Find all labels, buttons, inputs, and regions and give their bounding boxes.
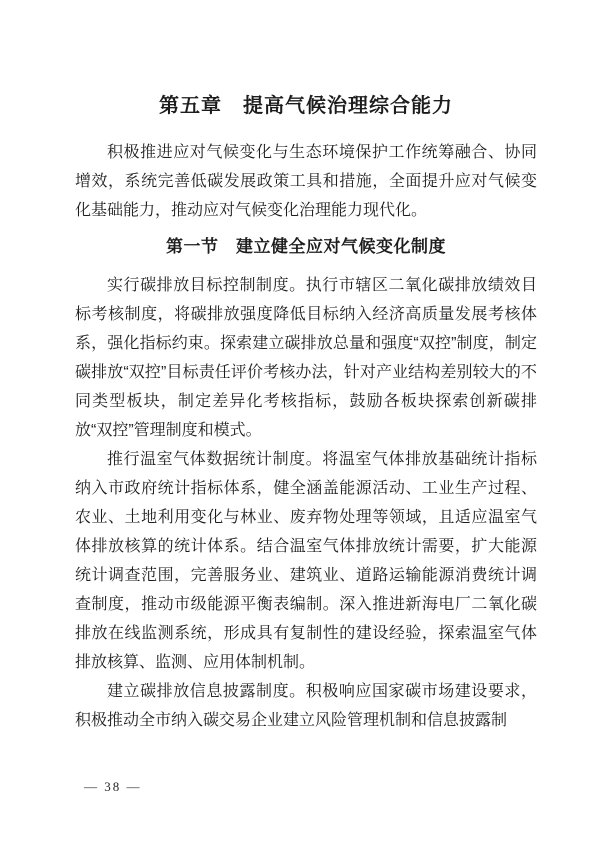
- paragraph-ghg-statistics: 推行温室气体数据统计制度。将温室气体排放基础统计指标纳入市政府统计指标体系，健全…: [75, 445, 537, 677]
- intro-paragraph: 积极推进应对气候变化与生态环境保护工作统筹融合、协同增效，系统完善低碳发展政策工…: [75, 138, 537, 225]
- paragraph-carbon-target-control: 实行碳排放目标控制制度。执行市辖区二氧化碳排放绩效目标考核制度，将碳排放强度降低…: [75, 271, 537, 445]
- page-content: 第五章 提高气候治理综合能力 积极推进应对气候变化与生态环境保护工作统筹融合、协…: [75, 92, 537, 735]
- page-number: — 38 —: [84, 779, 142, 795]
- paragraph-carbon-disclosure: 建立碳排放信息披露制度。积极响应国家碳市场建设要求，积极推动全市纳入碳交易企业建…: [75, 677, 537, 735]
- chapter-title: 第五章 提高气候治理综合能力: [75, 92, 537, 120]
- section-title: 第一节 建立健全应对气候变化制度: [75, 233, 537, 261]
- document-page: 第五章 提高气候治理综合能力 积极推进应对气候变化与生态环境保护工作统筹融合、协…: [0, 0, 600, 848]
